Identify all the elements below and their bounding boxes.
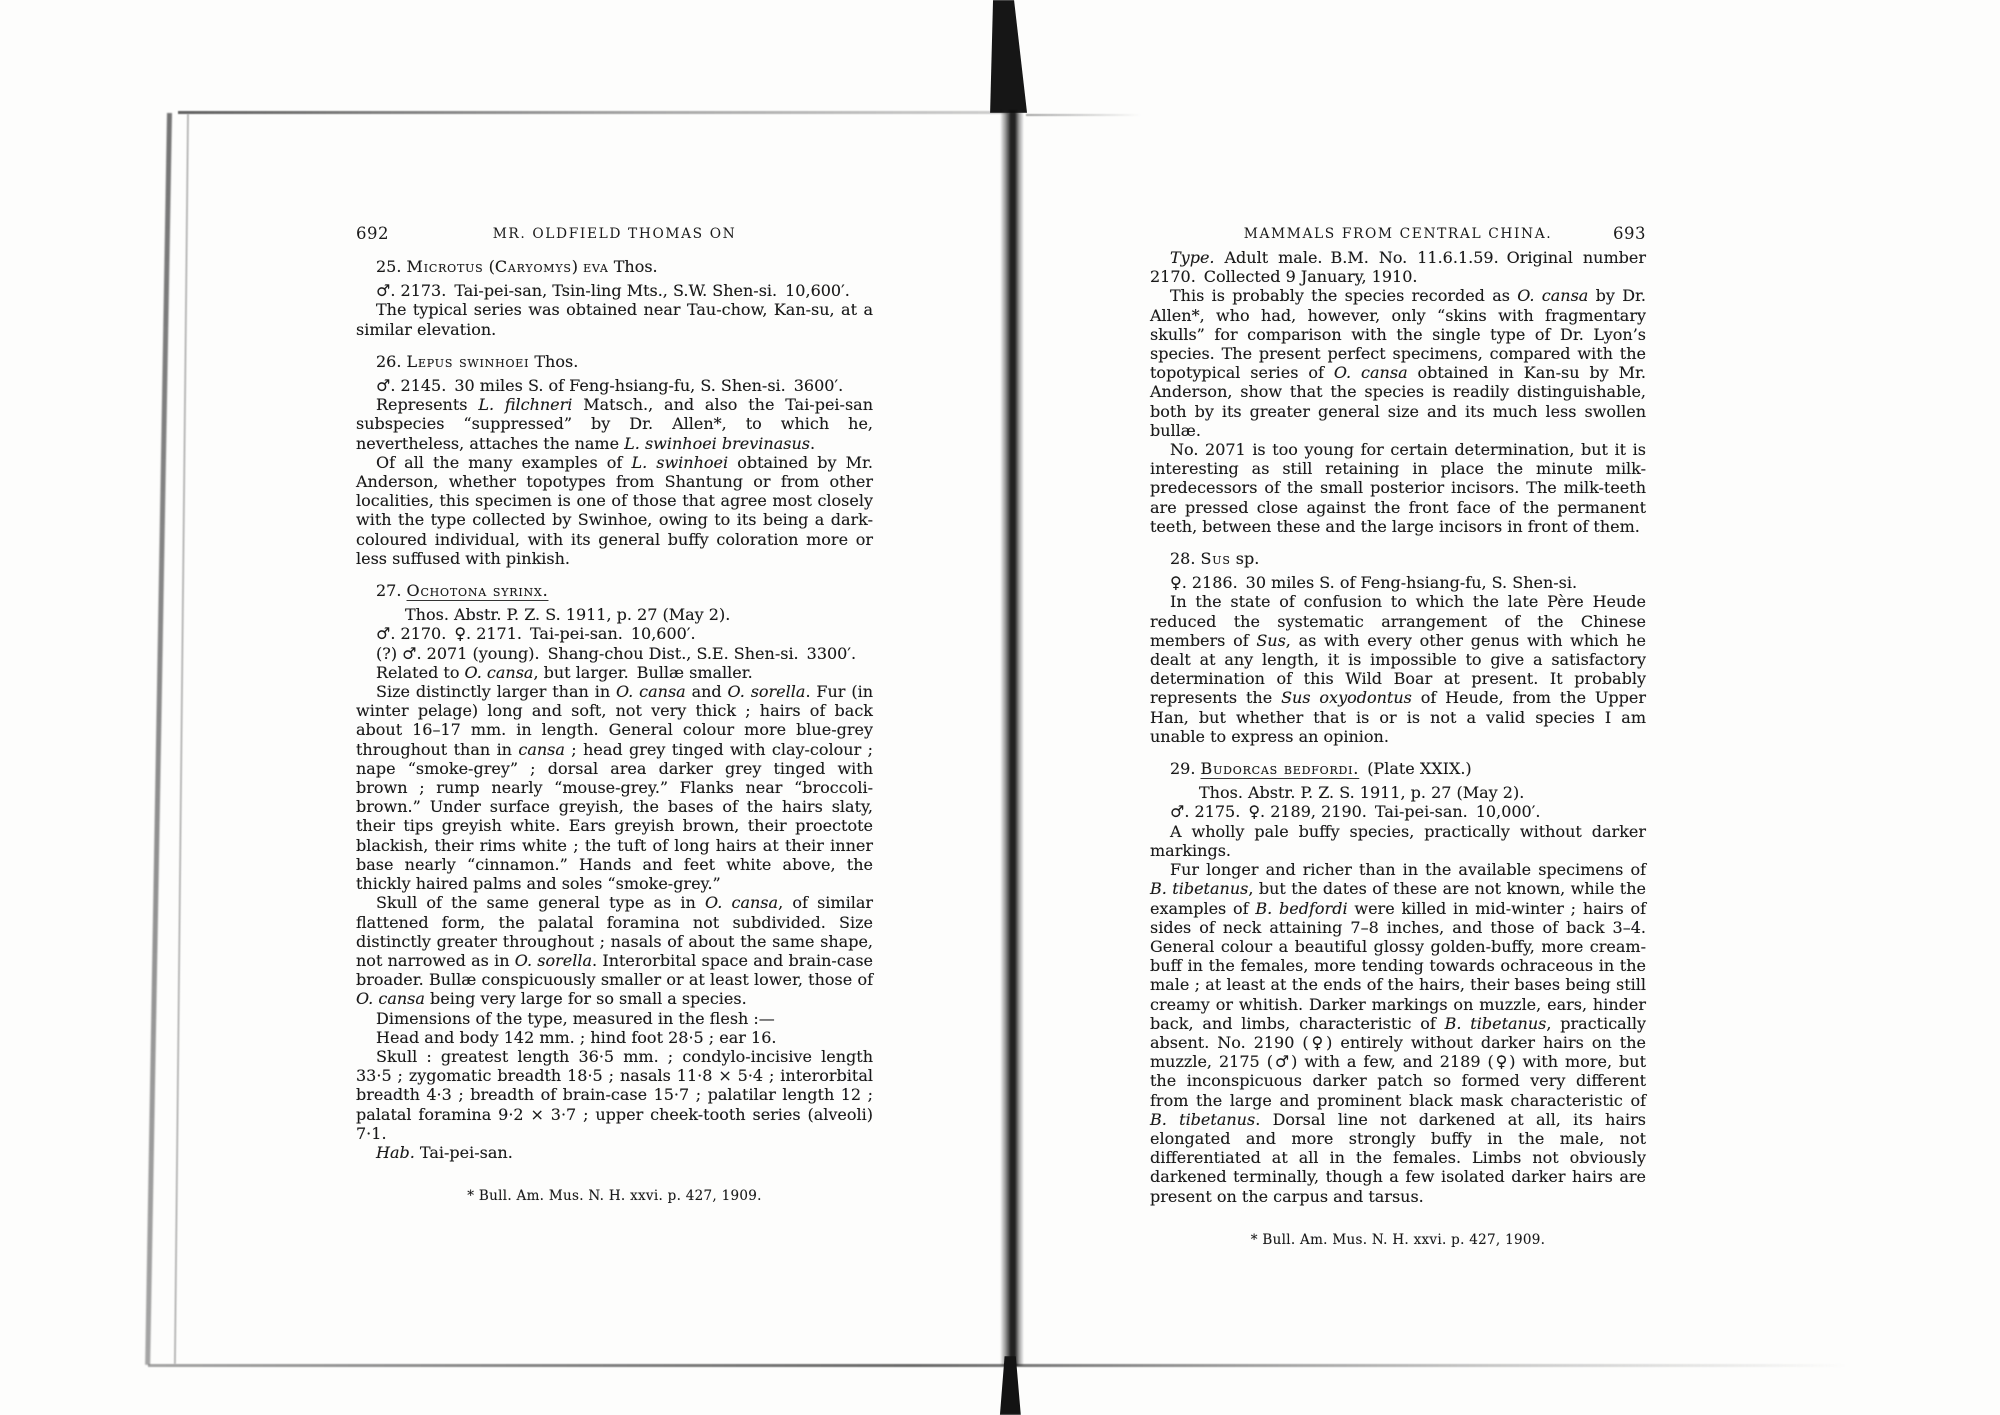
- book-gutter-top: [988, 0, 1030, 113]
- para-block: Size distinctly larger than in O. cansa …: [356, 682, 873, 893]
- page-bottom-edge: [148, 1364, 1846, 1367]
- para-block: A wholly pale buffy species, practically…: [1150, 822, 1646, 860]
- para-block: Hab. Tai-pei-san.: [356, 1143, 873, 1162]
- page-top-edge: [178, 111, 1008, 114]
- specimen-block: ♂. 2145. 30 miles S. of Feng-hsiang-fu, …: [356, 376, 873, 395]
- heading-block: 28. Sus sp.: [1150, 549, 1646, 568]
- ref-block: Thos. Abstr. P. Z. S. 1911, p. 27 (May 2…: [1150, 783, 1646, 802]
- para-block: No. 2071 is too young for certain determ…: [1150, 440, 1646, 536]
- para-block: Of all the many examples of L. swinhoei …: [356, 453, 873, 568]
- para-block: Skull of the same general type as in O. …: [356, 893, 873, 1008]
- book-gutter-bottom: [992, 1356, 1028, 1415]
- left-page: 692 MR. OLDFIELD THOMAS ON 25. Microtus …: [356, 224, 873, 1204]
- para-block: Type. Adult male. B.M. No. 11.6.1.59. Or…: [1150, 248, 1646, 286]
- right-page-header: 693 MAMMALS FROM CENTRAL CHINA.: [1150, 224, 1646, 244]
- para-block: The typical series was obtained near Tau…: [356, 300, 873, 338]
- para-block: Skull : greatest length 36·5 mm. ; condy…: [356, 1047, 873, 1143]
- page-number-left: 692: [356, 224, 389, 243]
- para-block: Represents L. filchneri Matsch., and als…: [356, 395, 873, 453]
- heading-block: 25. Microtus (Caryomys) eva Thos.: [356, 257, 873, 276]
- specimen-block: (?) ♂. 2071 (young). Shang-chou Dist., S…: [356, 644, 873, 663]
- para-block: This is probably the species recorded as…: [1150, 286, 1646, 440]
- page-left-edge-inner: [174, 114, 189, 1364]
- heading-block: 27. Ochotona syrinx.: [356, 581, 873, 600]
- page-top-edge-right: [1026, 114, 1141, 116]
- left-page-header: 692 MR. OLDFIELD THOMAS ON: [356, 224, 873, 244]
- specimen-block: ♂. 2175. ♀. 2189, 2190. Tai-pei-san. 10,…: [1150, 802, 1646, 821]
- book-gutter: [1000, 110, 1024, 1366]
- page-number-right: 693: [1613, 224, 1646, 243]
- left-page-content: 25. Microtus (Caryomys) eva Thos.♂. 2173…: [356, 257, 873, 1162]
- para-block: Related to O. cansa, but larger. Bullæ s…: [356, 663, 873, 682]
- heading-block: 26. Lepus swinhoei Thos.: [356, 352, 873, 371]
- para-block: Head and body 142 mm. ; hind foot 28·5 ;…: [356, 1028, 873, 1047]
- specimen-block: ♂. 2173. Tai-pei-san, Tsin-ling Mts., S.…: [356, 281, 873, 300]
- running-header-right: MAMMALS FROM CENTRAL CHINA.: [1150, 224, 1646, 242]
- footnote-right: * Bull. Am. Mus. N. H. xxvi. p. 427, 190…: [1150, 1232, 1646, 1248]
- specimen-block: ♀. 2186. 30 miles S. of Feng-hsiang-fu, …: [1150, 573, 1646, 592]
- scanned-book-spread: { "colors": { "ink": "#1a1a1a", "paper":…: [0, 0, 2000, 1415]
- right-page-content: Type. Adult male. B.M. No. 11.6.1.59. Or…: [1150, 248, 1646, 1206]
- footnote-left: * Bull. Am. Mus. N. H. xxvi. p. 427, 190…: [356, 1188, 873, 1204]
- page-left-edge-outer: [145, 113, 172, 1365]
- ref-block: Thos. Abstr. P. Z. S. 1911, p. 27 (May 2…: [356, 605, 873, 624]
- para-block: Fur longer and richer than in the availa…: [1150, 860, 1646, 1206]
- para-block: Dimensions of the type, measured in the …: [356, 1009, 873, 1028]
- para-block: In the state of confusion to which the l…: [1150, 592, 1646, 746]
- specimen-block: ♂. 2170. ♀. 2171. Tai-pei-san. 10,600′.: [356, 624, 873, 643]
- right-page: 693 MAMMALS FROM CENTRAL CHINA. Type. Ad…: [1150, 224, 1646, 1248]
- heading-block: 29. Budorcas bedfordi. (Plate XXIX.): [1150, 759, 1646, 778]
- running-header-left: MR. OLDFIELD THOMAS ON: [356, 224, 873, 242]
